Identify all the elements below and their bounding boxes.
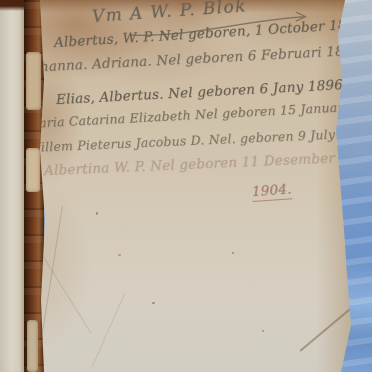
spine-tape-patch — [27, 320, 38, 372]
torn-layer-crease — [42, 255, 92, 334]
register-page: Vm A W. P. Blok Albertus, W. P. Nel gebo… — [0, 0, 372, 372]
spine-tape-patch — [26, 148, 40, 192]
paper-speck — [96, 212, 98, 215]
year-note-underlined: 1904. — [251, 181, 292, 202]
paper-speck — [118, 254, 121, 256]
paper-speck — [232, 252, 234, 254]
spine-tape-patch — [26, 52, 41, 110]
paper-speck — [262, 330, 264, 332]
torn-layer-crease — [92, 293, 125, 366]
paper-speck — [152, 302, 155, 304]
opposite-page-edge — [0, 0, 26, 372]
book-flyleaf-photo: Vm A W. P. Blok Albertus, W. P. Nel gebo… — [0, 0, 372, 372]
torn-layer-crease — [42, 206, 63, 333]
birth-entry-line-faded: Albertina W. P. Nel geboren 11 Desember — [44, 150, 336, 179]
